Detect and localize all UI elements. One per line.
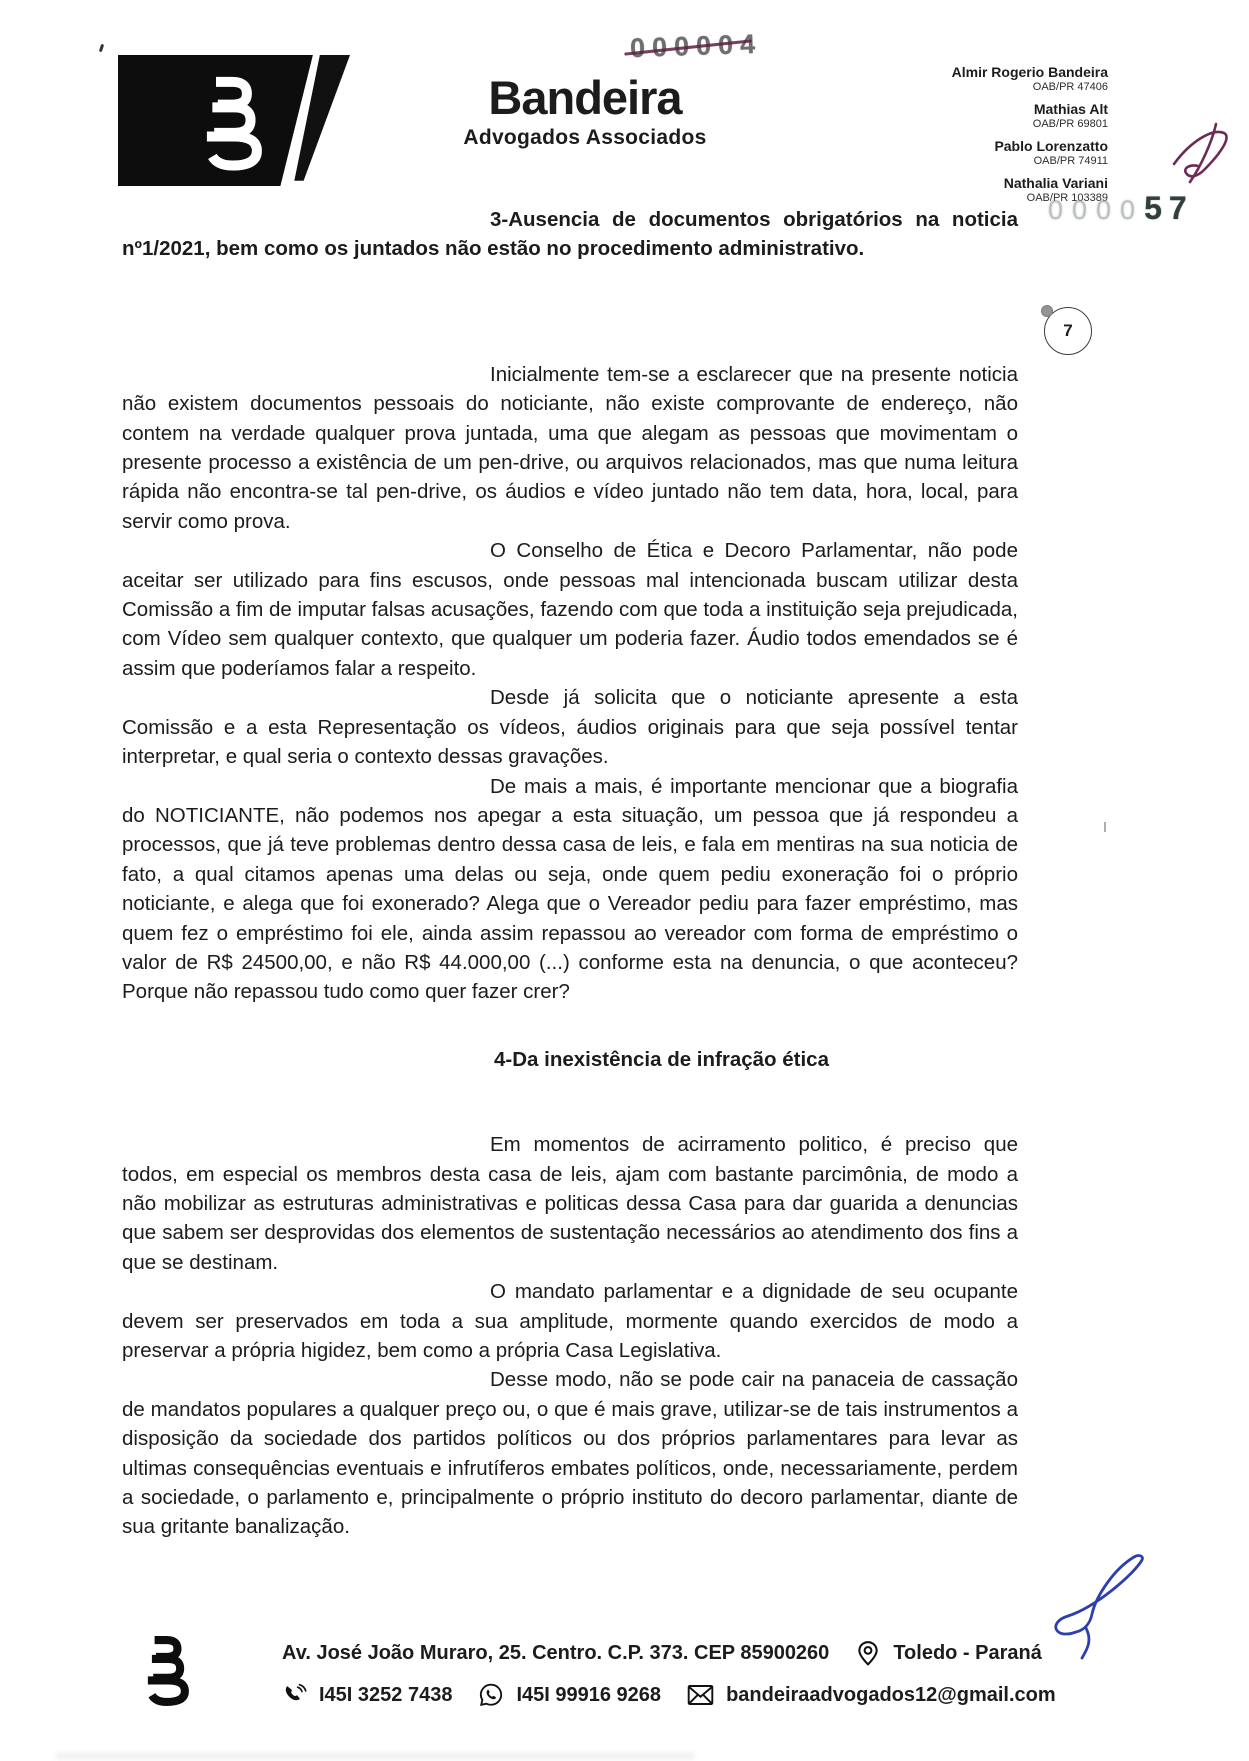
paragraph: Desde já solicita que o noticiante apres… (122, 683, 1018, 771)
whatsapp-icon (478, 1682, 504, 1708)
sheet-number-faint: 0000 (1048, 195, 1144, 225)
scan-speck (1104, 822, 1106, 832)
handwritten-initials (1168, 120, 1246, 198)
sheet-number-circle: 7 (1044, 307, 1092, 355)
paragraph: Em momentos de acirramento politico, é p… (122, 1130, 1018, 1277)
phone-icon (282, 1683, 307, 1708)
firm-logo (118, 55, 350, 186)
paragraph: Inicialmente tem-se a esclarecer que na … (122, 360, 1018, 536)
footer-city: Toledo - Paraná (893, 1642, 1042, 1665)
sheet-number-dark: 57 (1144, 190, 1194, 226)
attorney-oab: OAB/PR 47406 (952, 82, 1108, 93)
sheet-number-stamp: 000057 (1048, 190, 1194, 227)
attorney-oab: OAB/PR 74911 (952, 156, 1108, 167)
attorney-list: Almir Rogerio Bandeira OAB/PR 47406 Math… (952, 56, 1108, 204)
logo-b-icon (166, 71, 286, 171)
scan-smudge (55, 1752, 695, 1760)
brand-block: Bandeira Advogados Associados (440, 72, 730, 150)
paragraph: Desse modo, não se pode cair na panaceia… (122, 1365, 1018, 1541)
paragraph: O Conselho de Ética e Decoro Parlamentar… (122, 536, 1018, 683)
attorney-oab: OAB/PR 69801 (952, 119, 1108, 130)
attorney-name: Nathalia Variani (952, 176, 1108, 190)
scan-speck (99, 44, 104, 53)
section4-heading: 4-Da inexistência de infração ética (122, 1045, 1018, 1074)
attorney-name: Almir Rogerio Bandeira (952, 65, 1108, 79)
paragraph: De mais a mais, é importante mencionar q… (122, 772, 1018, 1007)
paragraph: O mandato parlamentar e a dignidade de s… (122, 1277, 1018, 1365)
attorney-name: Pablo Lorenzatto (952, 139, 1108, 153)
circle-dot (1041, 305, 1053, 317)
attorney-name: Mathias Alt (952, 102, 1108, 116)
brand-subtitle: Advogados Associados (440, 126, 730, 150)
document-page: Bandeira Advogados Associados 000004 Alm… (0, 0, 1249, 1761)
envelope-icon (687, 1683, 714, 1707)
footer-phone: I45I 3252 7438 (319, 1684, 452, 1707)
footer-contact-row: I45I 3252 7438 I45I 99916 9268 bandeiraa… (282, 1682, 1142, 1708)
footer-address-row: Av. José João Muraro, 25. Centro. C.P. 3… (282, 1640, 1142, 1666)
footer-email: bandeiraadvogados12@gmail.com (726, 1684, 1056, 1707)
brand-name: Bandeira (440, 72, 730, 124)
footer-logo-icon (116, 1632, 208, 1706)
document-body: 3-Ausencia de documentos obrigatórios na… (122, 205, 1018, 1542)
circle-number: 7 (1063, 321, 1072, 341)
footer-whatsapp: I45I 99916 9268 (516, 1684, 661, 1707)
section3-heading: 3-Ausencia de documentos obrigatórios na… (122, 205, 1018, 264)
footer-address: Av. José João Muraro, 25. Centro. C.P. 3… (282, 1642, 829, 1665)
location-pin-icon (855, 1640, 881, 1666)
